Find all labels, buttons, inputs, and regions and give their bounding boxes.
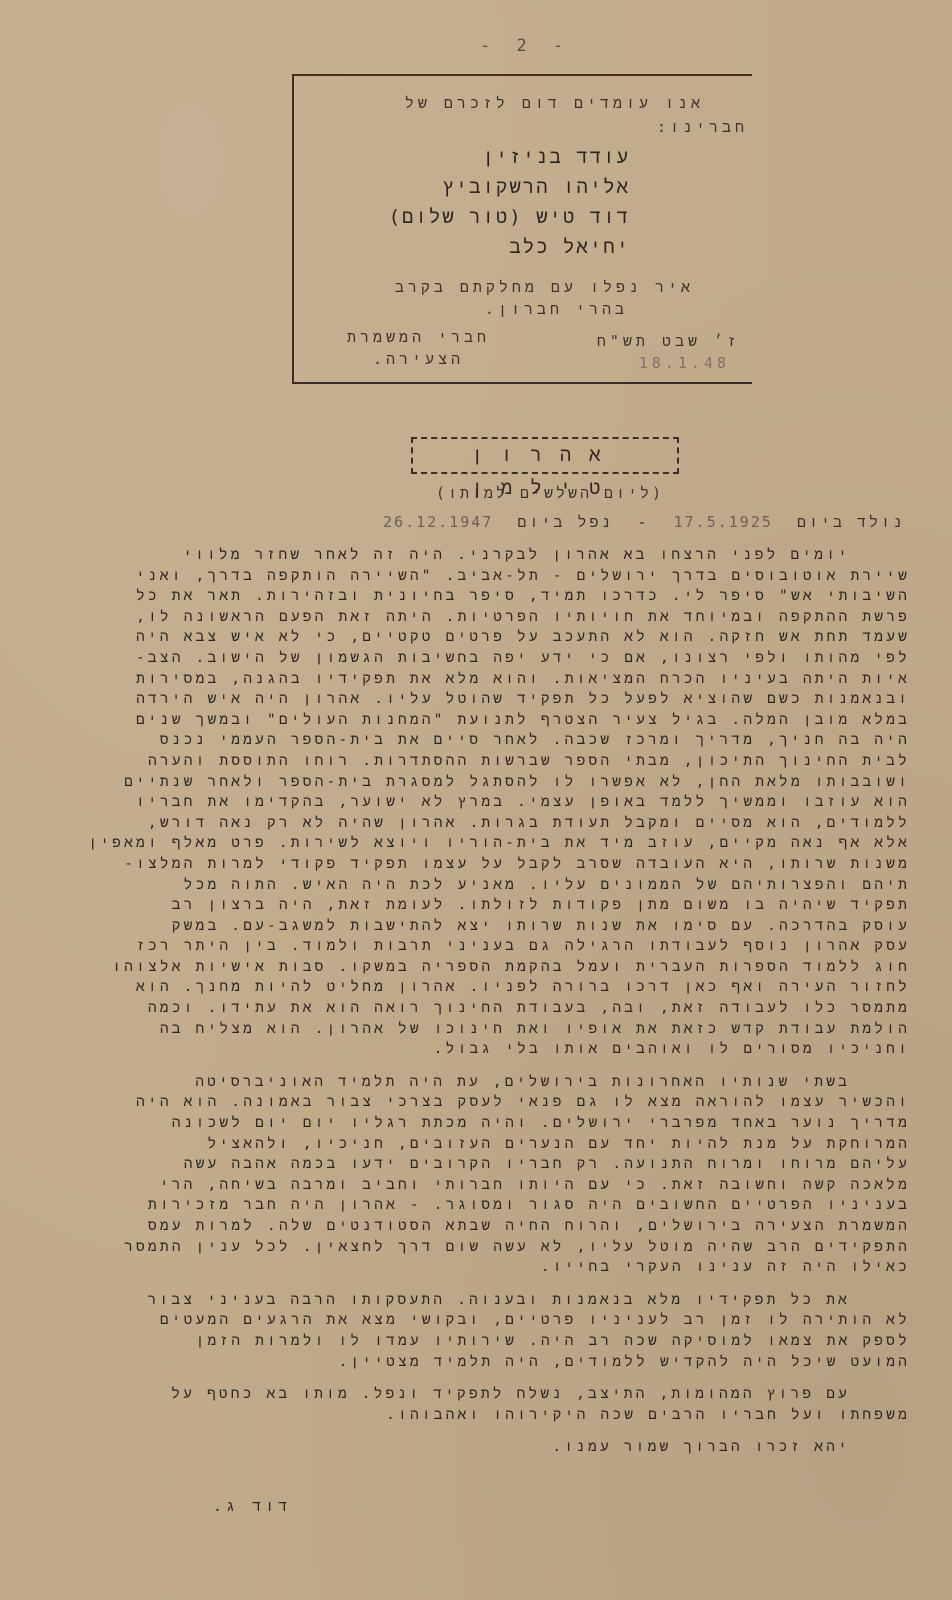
paragraph-line: לפי מהותו ולפי רצונו, אם כי ידע יפה בחשי… <box>80 648 910 669</box>
memorial-signed-by-line-1: חברי המשמרת <box>347 328 490 347</box>
born-date: 17.5.1925 <box>674 513 773 531</box>
article-paragraph: עם פרוץ המהומות, התיצב, נשלח לתפקיד ונפל… <box>80 1384 910 1425</box>
article-paragraph: יומים לפני הרצחו בא אהרון לבקרני. היה זה… <box>80 545 910 1060</box>
author-signature: דוד ג. <box>213 1497 291 1516</box>
article-paragraph: בשתי שנותיו האחרונות בירושלים, עת היה תל… <box>80 1072 910 1278</box>
memorial-signed-by-line-2: הצעירה. <box>373 350 464 369</box>
paragraph-line: כאילו היה זה ענינו העקרי בחייו. <box>80 1257 910 1278</box>
article-paragraph: את כל תפקידיו מלא בנאמנות ובענוה. התעסקו… <box>80 1290 910 1372</box>
paragraph-line: שיירת אוטובוסים בדרך ירושלים - תל-אביב. … <box>80 566 910 587</box>
paragraph-line: מלאכה קשה וחשובה זאת. כי עם היותו חברותי… <box>80 1175 910 1196</box>
paragraph-line: חוג ללמוד הספרות העברית ועמל בהקמת הספרי… <box>80 957 910 978</box>
paragraph-line: מדריך נוער באחד מפרברי ירושלים. והיה מכת… <box>80 1113 910 1134</box>
paragraph-line: תפקיד שיהיה בו משום מתן פקודות לזולתו. ל… <box>80 895 910 916</box>
paragraph-line: יהא זכרו הברוך שמור עמנו. <box>80 1437 910 1458</box>
paragraph-line: עליהם מרוחו ומרוח התנועה. רק חבריו הקרוב… <box>80 1154 910 1175</box>
memorial-fell-line-2: בהרי חברון. <box>485 300 628 319</box>
paragraph-line: המרוחקת על מנת להיות יחד עם הנערים העזוב… <box>80 1134 910 1155</box>
memorial-intro-line-1: אנו עומדים דום לזכרם של <box>405 94 704 113</box>
paragraph-line: משנות שרותו, היא העובדה שסרב לקבל על עצמ… <box>80 854 910 875</box>
paragraph-line: השיבותי אש" סיפר לי. כדרכו תמיד, סיפר בח… <box>80 586 910 607</box>
memorial-intro-line-2: חברינו: <box>657 118 748 137</box>
article-body: יומים לפני הרצחו בא אהרון לבקרני. היה זה… <box>80 545 910 1470</box>
article-subtitle: (ליום השלשים למותו) <box>430 484 670 503</box>
paragraph-line: ללמודים, הוא מסיים ומקבל תעודת בגרות. אה… <box>80 813 910 834</box>
fallen-name: אליהו הרשקוביץ <box>442 176 630 199</box>
page-number: - 2 - <box>480 36 571 56</box>
dates-separator: - <box>638 513 650 531</box>
paragraph-line: לחזור העירה ואף כאן דרכו ברורה לפניו. אה… <box>80 977 910 998</box>
paragraph-line: היה בה חניך, מדריך ומרכז שכבה. לאחר סיים… <box>80 730 910 751</box>
memorial-notice-box: אנו עומדים דום לזכרם של חברינו: עודד בני… <box>292 74 752 384</box>
memorial-fell-line-1: איר נפלו עם מחלקתם בקרב <box>395 278 694 297</box>
paragraph-line: מתמסר כלו לעבודה זאת, ובה, בעבודת החינוך… <box>80 998 910 1019</box>
paragraph-line: לבית החינוך התיכון, מבתי הספר שברשות ההס… <box>80 751 910 772</box>
paragraph-line: לא הותירה לו זמן רב לעניניו פרטיים, ובקו… <box>80 1310 910 1331</box>
paragraph-line: במלא מובן המלה. בגיל צעיר הצטרף לתנועת "… <box>80 710 910 731</box>
paragraph-line: שעמד תחת אש חזקה. הוא לא התעכב על פרטים … <box>80 627 910 648</box>
fallen-name: יחיאל כלב <box>509 236 630 259</box>
fallen-name: עודד בניזין <box>483 146 630 169</box>
paragraph-line: התפקידים הרב שהיה מוטל עליו, לא עשה שום … <box>80 1237 910 1258</box>
died-date: 26.12.1947 <box>383 513 493 531</box>
paragraph-line: פרשת ההתקפה ובמיוחד את חויותיו הפרטיות. … <box>80 607 910 628</box>
born-label: נולד ביום <box>797 513 905 531</box>
paragraph-line: המועט שיכל היה להקדיש ללמודים, היה תלמיד… <box>80 1352 910 1373</box>
memorial-hebrew-date: ז׳ שבט תש"ח <box>597 332 740 351</box>
memorial-gregorian-date: 18.1.48 <box>639 354 730 372</box>
paragraph-line: אלא אף נאה מקיים, עוזב מיד את בית-הוריו … <box>80 833 910 854</box>
paragraph-line: איות היתה בעיניו הכרח המציאות. והוא מלא … <box>80 669 910 690</box>
died-label: נפל ביום <box>517 513 613 531</box>
paragraph-line: וחניכיו מסורים לו ואוהבים אותו בלי גבול. <box>80 1039 910 1060</box>
paragraph-line: הולמת עבודת קדש כזאת את אופיו ואת חינוכו… <box>80 1019 910 1040</box>
paragraph-line: בעניניו הפרטיים החשובים היה סגור ומסוגר.… <box>80 1195 910 1216</box>
paragraph-line: ושובבותו מלאת החן, לא אפשרו לו להסתגל למ… <box>80 772 910 793</box>
paragraph-line: בשתי שנותיו האחרונות בירושלים, עת היה תל… <box>80 1072 910 1093</box>
paragraph-line: הוא עוזבו וממשיך ללמד באופן עצמי. במרץ ל… <box>80 792 910 813</box>
paragraph-line: יומים לפני הרצחו בא אהרון לבקרני. היה זה… <box>80 545 910 566</box>
paragraph-line: עם פרוץ המהומות, התיצב, נשלח לתפקיד ונפל… <box>80 1384 910 1405</box>
paragraph-line: והכשיר עצמו להוראה מצא לו גם פנאי לעסק ב… <box>80 1092 910 1113</box>
paragraph-line: עוסק בהדרכה. עם סימו את שנות שרותו יצא ל… <box>80 916 910 937</box>
article-title: אהרון טילמן <box>411 437 679 474</box>
paragraph-line: לספק את צמאו למוסיקה שכה רב היה. שירותיו… <box>80 1331 910 1352</box>
paragraph-line: משפחתו ועל חבריו הרבים שכה היקירוהו ואהב… <box>80 1405 910 1426</box>
paragraph-line: תיהם והפצרותיהם של הממונים עליו. מאניע ל… <box>80 875 910 896</box>
article-paragraph: יהא זכרו הברוך שמור עמנו. <box>80 1437 910 1458</box>
life-dates: נולד ביום 17.5.1925 - נפל ביום 26.12.194… <box>255 513 905 532</box>
paragraph-line: עסק אהרון נוסף לעבודתו הרגילה גם בעניני … <box>80 936 910 957</box>
fallen-name: דוד טיש (טור שלום) <box>389 206 630 229</box>
paragraph-line: ובנאמנות כשם שהוציא לפעל כל תפקיד שהוטל … <box>80 689 910 710</box>
paragraph-line: את כל תפקידיו מלא בנאמנות ובענוה. התעסקו… <box>80 1290 910 1311</box>
paragraph-line: המשמרת הצעירה בירושלים, והרוח החיה שבתא … <box>80 1216 910 1237</box>
